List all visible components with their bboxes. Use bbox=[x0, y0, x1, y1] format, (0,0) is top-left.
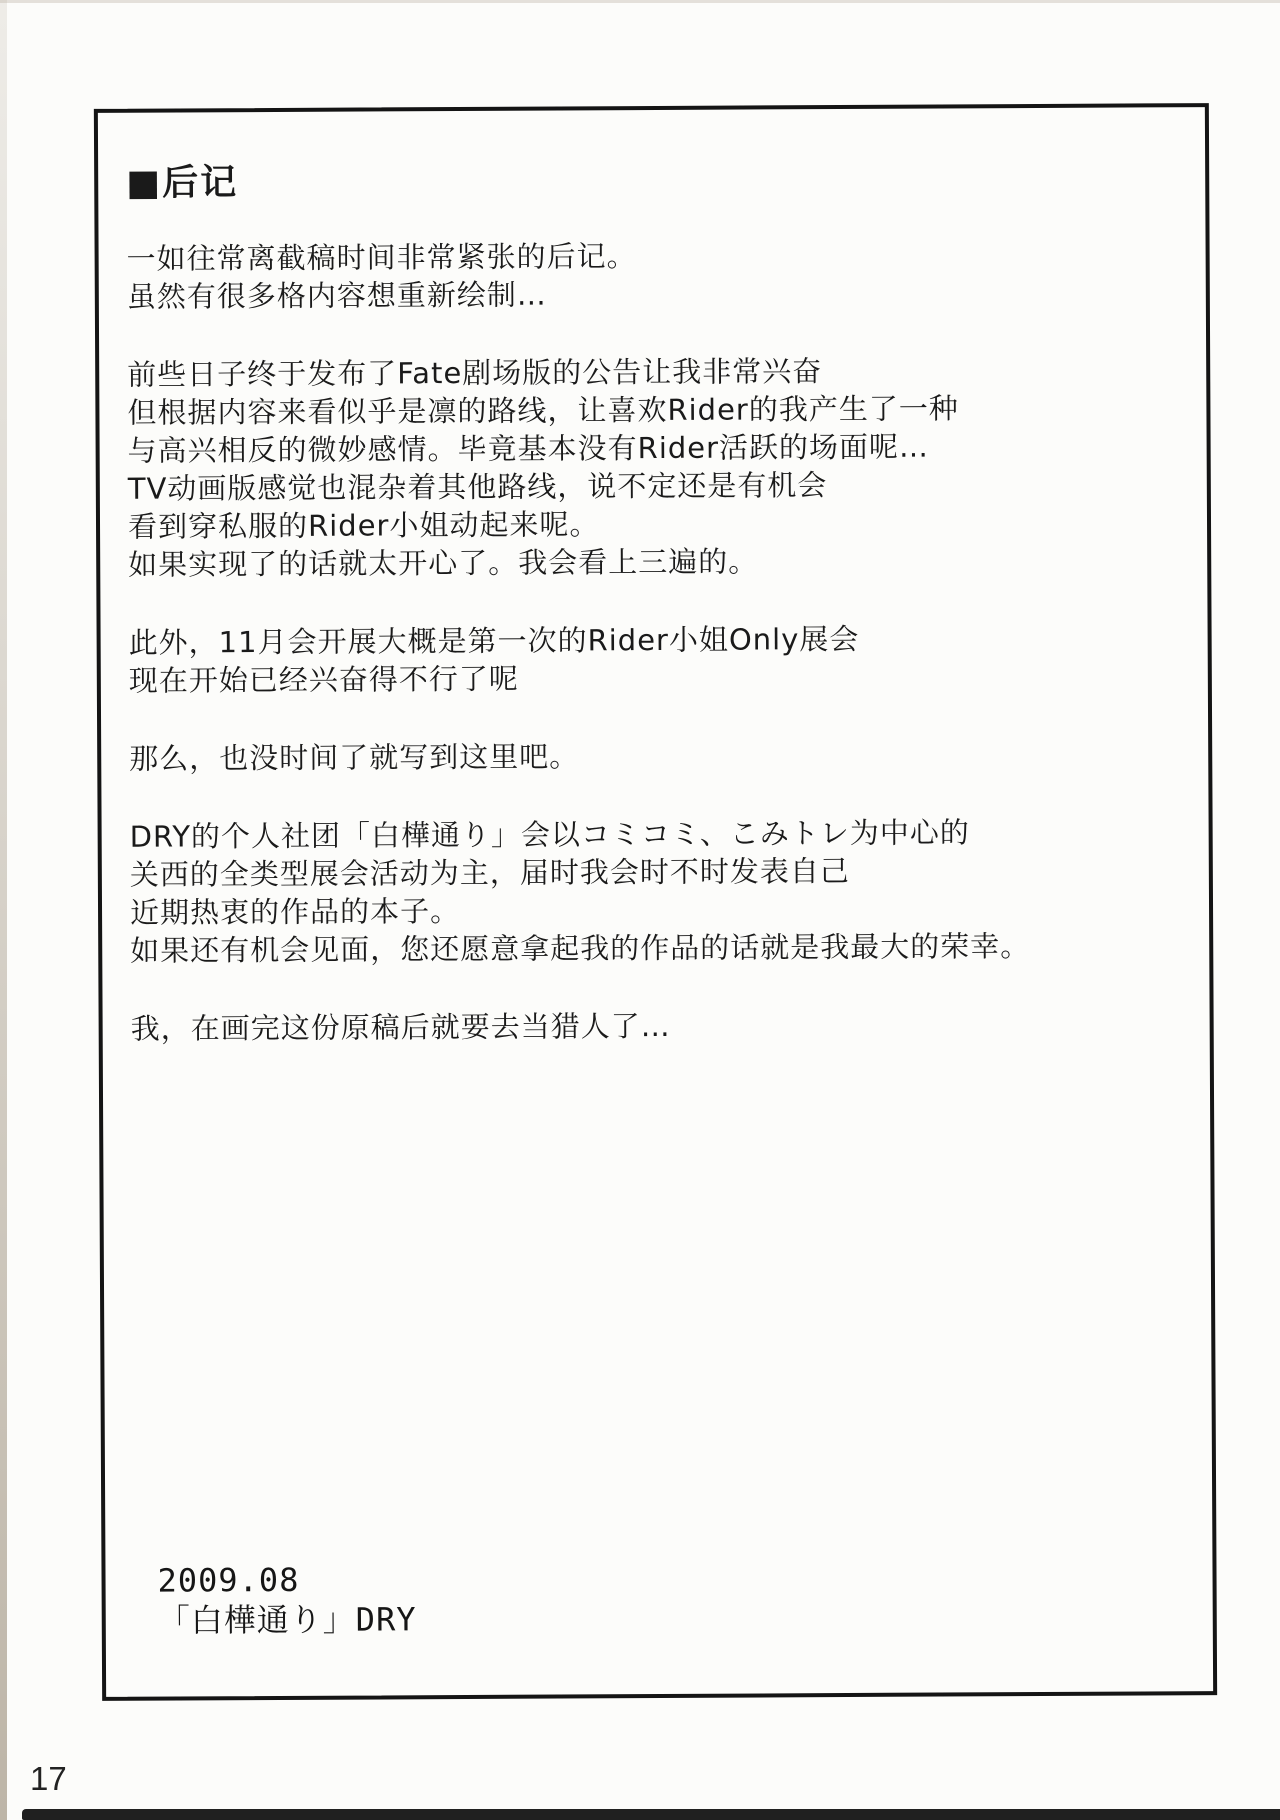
paragraph: 我，在画完这份原稿后就要去当猎人了… bbox=[131, 1004, 1190, 1048]
text-line: 但根据内容来看似乎是凛的路线，让喜欢Rider的我产生了一种 bbox=[127, 388, 1186, 432]
text-line: 近期热衷的作品的本子。 bbox=[130, 888, 1189, 932]
scan-edge-bottom bbox=[22, 1809, 1280, 1820]
page-frame: ■后记 一如往常离截稿时间非常紧张的后记。 虽然有很多格内容想重新绘制… 前些日… bbox=[94, 103, 1217, 1701]
text-line: 前些日子终于发布了Fate剧场版的公告让我非常兴奋 bbox=[127, 350, 1186, 394]
page-number: 17 bbox=[30, 1760, 67, 1798]
text-line: 一如往常离截稿时间非常紧张的后记。 bbox=[127, 234, 1186, 278]
text-line: 如果还有机会见面，您还愿意拿起我的作品的话就是我最大的荣幸。 bbox=[130, 926, 1189, 970]
afterword-body: ■后记 一如往常离截稿时间非常紧张的后记。 虽然有很多格内容想重新绘制… 前些日… bbox=[126, 149, 1190, 1088]
signoff-credit: 「白樺通り」DRY bbox=[158, 1599, 417, 1640]
paragraph: DRY的个人社团「白樺通り」会以コミコミ、こみトレ为中心的 关西的全类型展会活动… bbox=[130, 812, 1190, 970]
text-line: DRY的个人社团「白樺通り」会以コミコミ、こみトレ为中心的 bbox=[130, 812, 1189, 856]
scan-edge-left bbox=[0, 0, 7, 1820]
paragraph: 那么，也没时间了就写到这里吧。 bbox=[129, 734, 1188, 778]
scan-page: ■后记 一如往常离截稿时间非常紧张的后记。 虽然有很多格内容想重新绘制… 前些日… bbox=[0, 0, 1280, 1820]
text-line: 如果实现了的话就太开心了。我会看上三遍的。 bbox=[128, 540, 1187, 584]
text-line: 那么，也没时间了就写到这里吧。 bbox=[129, 734, 1188, 778]
text-line: 此外，11月会开展大概是第一次的Rider小姐Only展会 bbox=[129, 618, 1188, 662]
text-line: 我，在画完这份原稿后就要去当猎人了… bbox=[131, 1004, 1190, 1048]
scan-edge-top bbox=[0, 0, 1280, 3]
signoff-block: 2009.08 「白樺通り」DRY bbox=[157, 1559, 416, 1640]
afterword-title: ■后记 bbox=[126, 149, 1185, 206]
text-line: 看到穿私服的Rider小姐动起来呢。 bbox=[128, 502, 1187, 546]
paragraph: 一如往常离截稿时间非常紧张的后记。 虽然有很多格内容想重新绘制… bbox=[127, 234, 1186, 316]
signoff-date: 2009.08 bbox=[157, 1559, 416, 1600]
text-line: 现在开始已经兴奋得不行了呢 bbox=[129, 656, 1188, 700]
text-line: 与高兴相反的微妙感情。毕竟基本没有Rider活跃的场面呢… bbox=[128, 426, 1187, 470]
text-line: TV动画版感觉也混杂着其他路线，说不定还是有机会 bbox=[128, 464, 1187, 508]
paragraph: 前些日子终于发布了Fate剧场版的公告让我非常兴奋 但根据内容来看似乎是凛的路线… bbox=[127, 350, 1187, 584]
text-line: 虽然有很多格内容想重新绘制… bbox=[127, 272, 1186, 316]
text-line: 关西的全类型展会活动为主，届时我会时不时发表自己 bbox=[130, 850, 1189, 894]
paragraph: 此外，11月会开展大概是第一次的Rider小姐Only展会 现在开始已经兴奋得不… bbox=[129, 618, 1188, 700]
